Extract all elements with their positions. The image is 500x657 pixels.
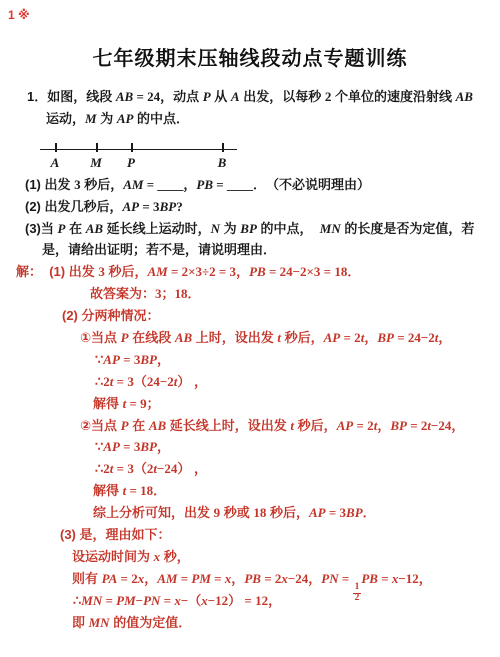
chinese-text: 秒后， <box>294 418 337 433</box>
chinese-text: ， <box>144 571 157 586</box>
math-text: = 2 <box>340 330 360 345</box>
point-label-M: M <box>90 155 102 171</box>
math-text: 3；18． <box>155 286 201 301</box>
chinese-text: 出发，以每秒 <box>240 89 325 104</box>
chinese-text: 的中点， <box>257 221 320 236</box>
chinese-text: 为 <box>97 111 117 126</box>
math-text: = 3 <box>120 439 140 454</box>
chinese-text: 延长线上运动时， <box>103 221 211 236</box>
chinese-text: 则有 <box>72 571 102 586</box>
chinese-text: 的长度是否为定值，若 <box>341 221 475 236</box>
problem-content: 1．如图，线段 AB = 24，动点 P 从 A 出发，以每秒 2 个单位的速度… <box>0 86 500 633</box>
math-text: AB <box>116 89 133 104</box>
chinese-text: 设运动时间为 <box>72 549 154 564</box>
tick-mark-B <box>222 143 224 152</box>
chinese-text: (3) 是，理由如下： <box>60 527 171 542</box>
number-line <box>40 149 237 151</box>
math-text: = <box>339 571 353 586</box>
math-text: AP <box>103 352 120 367</box>
math-text: = 2 <box>353 418 373 433</box>
math-text: = 3 <box>120 352 140 367</box>
math-text: BP <box>390 418 407 433</box>
text-line: 解得 t = 9； <box>0 393 500 415</box>
chinese-text: ， <box>451 418 464 433</box>
corner-page-mark: 1 ※ <box>8 8 30 22</box>
math-text: = <box>177 571 191 586</box>
math-text: AM <box>157 571 177 586</box>
text-line: 即 MN 的值为定值． <box>0 612 500 634</box>
math-text: AB <box>149 418 166 433</box>
text-line: (1) 出发 3 秒后，AM = ____，PB = ____． （不必说明理由… <box>0 174 500 196</box>
math-text: BP <box>140 439 157 454</box>
chinese-text: ， <box>157 352 170 367</box>
math-text: = 3（24−2 <box>113 374 173 389</box>
math-text: PN <box>143 593 160 608</box>
chinese-text: 的中点． <box>133 111 189 126</box>
math-text: BP <box>240 221 257 236</box>
math-text: P <box>121 330 129 345</box>
text-line: ②当点 P 在 AB 延长线上时，设出发 t 秒后，AP = 2t，BP = 2… <box>0 415 500 437</box>
chinese-text: 在 <box>65 221 85 236</box>
math-text: = 24−2×3 = 18 <box>266 264 348 279</box>
math-text: ? <box>176 199 183 214</box>
page-title: 七年级期末压轴线段动点专题训练 <box>0 46 500 72</box>
math-text: = 24−2 <box>394 330 435 345</box>
chinese-text: ，动点 <box>160 89 203 104</box>
text-line: 综上分析可知，出发 9 秒或 18 秒后，AP = 3BP． <box>0 502 500 524</box>
math-text: AP <box>324 330 341 345</box>
math-text: −（ <box>181 593 201 608</box>
math-text: M <box>85 111 97 126</box>
text-line: 则有 PA = 2x，AM = PM = x，PB = 2x−24，PN = 1… <box>0 568 500 590</box>
math-text: PB <box>361 571 378 586</box>
math-text: = 9 <box>126 396 146 411</box>
chinese-text: ， <box>190 461 207 476</box>
math-text: = 18 <box>126 483 153 498</box>
text-line: 设运动时间为 x 秒， <box>0 546 500 568</box>
chinese-text: 秒， <box>160 549 190 564</box>
math-text: BP <box>377 330 394 345</box>
math-text: = 24 <box>133 89 160 104</box>
chinese-text: ， <box>364 330 377 345</box>
point-label-P: P <box>127 155 135 171</box>
chinese-text: ， <box>377 418 390 433</box>
chinese-text: ， <box>183 177 196 192</box>
math-text: AM <box>147 264 167 279</box>
math-text: P <box>121 418 129 433</box>
chinese-text: (2) 分两种情况： <box>62 308 160 323</box>
chinese-text: ， <box>157 439 170 454</box>
math-text: BP <box>160 199 177 214</box>
math-text: 18 <box>253 505 266 520</box>
math-text: P <box>203 89 211 104</box>
chinese-text: ， <box>190 374 207 389</box>
math-text: N <box>211 221 220 236</box>
math-text: A <box>231 89 240 104</box>
math-text: −24 <box>431 418 451 433</box>
tick-mark-M <box>96 143 98 152</box>
math-text: = <box>211 571 225 586</box>
math-text: −12） = 12 <box>208 593 268 608</box>
math-text: ∴2 <box>95 374 110 389</box>
chinese-text: 在 <box>129 418 149 433</box>
math-text: = 3 <box>326 505 346 520</box>
text-line: ∵AP = 3BP， <box>0 349 500 371</box>
math-text: ） <box>177 374 190 389</box>
math-text: PN <box>321 571 338 586</box>
chinese-text: 解得 <box>93 396 123 411</box>
chinese-text: (1) 出发 <box>25 177 74 192</box>
math-text: = 2 <box>261 571 281 586</box>
math-text: BP <box>346 505 363 520</box>
math-text: AB <box>175 330 192 345</box>
chinese-text: (2) 出发几秒后， <box>25 199 123 214</box>
text-line: ∴MN = PM−PN = x−（x−12） = 12， <box>0 590 500 612</box>
chinese-text: ． <box>153 483 166 498</box>
chinese-text: 即 <box>72 615 89 630</box>
math-text: MN <box>89 615 110 630</box>
text-line: ∴2t = 3（2t−24） ， <box>0 458 500 480</box>
chinese-text: 综上分析可知，出发 <box>93 505 214 520</box>
text-line: (2) 分两种情况： <box>0 305 500 327</box>
text-line: 解得 t = 18． <box>0 480 500 502</box>
chinese-text: 故答案为： <box>90 286 155 301</box>
math-text: AP <box>117 111 134 126</box>
math-text: AP <box>337 418 354 433</box>
chinese-text: 秒后， <box>105 264 148 279</box>
math-text: = 3 <box>139 199 159 214</box>
chinese-text: 个单位的速度沿射线 <box>331 89 455 104</box>
math-text: = 2 <box>407 418 427 433</box>
math-text: = <box>102 593 116 608</box>
chinese-text: 秒后， <box>266 505 309 520</box>
chinese-text: ， <box>231 571 244 586</box>
chinese-text: ， <box>438 330 451 345</box>
chinese-text: 1．如图，线段 <box>27 89 116 104</box>
math-text: AP <box>309 505 326 520</box>
tick-mark-A <box>55 143 57 152</box>
chinese-text: 解得 <box>93 483 123 498</box>
math-text: AB <box>456 89 473 104</box>
math-text: PM <box>191 571 211 586</box>
chinese-text: 延长线上时，设出发 <box>166 418 290 433</box>
fraction: 12 <box>353 583 362 604</box>
chinese-text: 为 <box>220 221 240 236</box>
math-text: = ____ <box>143 177 183 192</box>
text-line: 解： (1) 出发 3 秒后，AM = 2×3÷2 = 3，PB = 24−2×… <box>0 261 500 283</box>
math-text: = 2×3÷2 = 3 <box>168 264 236 279</box>
math-text: AP <box>103 439 120 454</box>
math-text: PM <box>116 593 136 608</box>
math-text: − <box>136 593 143 608</box>
chinese-text: ， <box>419 571 432 586</box>
point-label-A: A <box>51 155 60 171</box>
chinese-text: (3)当 <box>25 221 58 236</box>
chinese-text: ． <box>363 505 376 520</box>
text-line: 1．如图，线段 AB = 24，动点 P 从 A 出发，以每秒 2 个单位的速度… <box>0 86 500 108</box>
chinese-text: ， <box>268 593 281 608</box>
text-line: 是，请给出证明；若不是，请说明理由． <box>0 239 500 261</box>
text-line: (3)当 P 在 AB 延长线上运动时，N 为 BP 的中点， MN 的长度是否… <box>0 218 500 240</box>
text-line: ①当点 P 在线段 AB 上时，设出发 t 秒后，AP = 2t，BP = 24… <box>0 327 500 349</box>
text-line: 运动，M 为 AP 的中点． <box>0 108 500 130</box>
chinese-text: ． （不必说明理由） <box>253 177 370 192</box>
math-text: AM <box>123 177 143 192</box>
math-text: PB <box>196 177 213 192</box>
math-text: MN <box>320 221 341 236</box>
chinese-text: 解： (1) 出发 <box>16 264 98 279</box>
chinese-text: 从 <box>211 89 231 104</box>
worksheet-page: 1 ※ 七年级期末压轴线段动点专题训练 1．如图，线段 AB = 24，动点 P… <box>0 0 500 657</box>
math-text: −24） <box>157 461 190 476</box>
chinese-text: ①当点 <box>80 330 121 345</box>
math-text: ∴2 <box>95 461 110 476</box>
math-text: = ____ <box>213 177 253 192</box>
text-line: ∴2t = 3（24−2t） ， <box>0 371 500 393</box>
chinese-text: ． <box>347 264 360 279</box>
tick-mark-P <box>131 143 133 152</box>
math-text: AB <box>86 221 103 236</box>
text-line: ∵AP = 3BP， <box>0 436 500 458</box>
math-text: PB <box>244 571 261 586</box>
math-text: PA <box>102 571 118 586</box>
chinese-text: 在线段 <box>129 330 175 345</box>
math-text: = 3（2 <box>113 461 153 476</box>
math-text: = <box>378 571 392 586</box>
chinese-text: ②当点 <box>80 418 121 433</box>
math-text: −24 <box>288 571 308 586</box>
text-line: (3) 是，理由如下： <box>0 524 500 546</box>
chinese-text: 秒后， <box>81 177 124 192</box>
chinese-text: ； <box>147 396 160 411</box>
math-text: = <box>160 593 174 608</box>
chinese-text: 秒或 <box>220 505 253 520</box>
chinese-text: 上时，设出发 <box>192 330 277 345</box>
math-text: = 2 <box>117 571 137 586</box>
chinese-text: 是，请给出证明；若不是，请说明理由． <box>42 242 276 257</box>
number-line-figure: AMPB <box>0 130 500 174</box>
point-label-B: B <box>218 155 227 171</box>
math-text: BP <box>140 352 157 367</box>
chinese-text: ， <box>236 264 249 279</box>
math-text: PB <box>249 264 266 279</box>
text-line: (2) 出发几秒后，AP = 3BP? <box>0 196 500 218</box>
chinese-text: 秒后， <box>281 330 324 345</box>
chinese-text: 的值为定值． <box>110 615 192 630</box>
math-text: AP <box>123 199 140 214</box>
chinese-text: 运动， <box>46 111 85 126</box>
math-text: −12 <box>398 571 418 586</box>
math-text: MN <box>81 593 102 608</box>
text-line: 故答案为：3；18． <box>0 283 500 305</box>
chinese-text: ， <box>308 571 321 586</box>
